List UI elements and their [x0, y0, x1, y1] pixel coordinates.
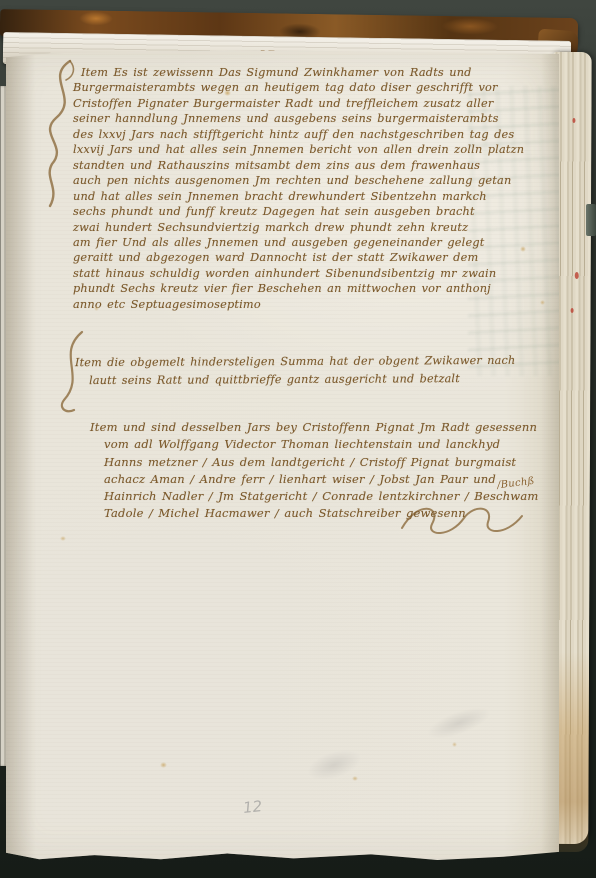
manuscript-line: Hanns metzner / Aus dem landtgericht / C…: [104, 454, 539, 471]
manuscript-line: zwai hundert Sechsundviertzig markch dre…: [73, 220, 524, 235]
manuscript-line: geraitt und abgezogen ward Dannocht ist …: [73, 250, 524, 265]
page-number-pencil: 12: [242, 797, 263, 817]
manuscript-line: des lxxvj Jars nach stifftgericht hintz …: [73, 127, 524, 142]
manuscript-line: achacz Aman / Andre ferr / lienhart wise…: [104, 471, 539, 488]
red-edge-speck: [575, 272, 579, 279]
manuscript-line: standten und Rathauszins mitsambt dem zi…: [73, 158, 524, 173]
fox-spot: [352, 776, 358, 781]
manuscript-line: und hat alles sein Jnnemen bracht drewhu…: [73, 189, 524, 204]
manuscript-line: phundt Sechs kreutz vier fier Beschehen …: [73, 281, 524, 296]
fox-spot: [160, 762, 167, 768]
fox-spot: [224, 90, 231, 96]
manuscript-line: auch pen nichts ausgenomen Jm rechten un…: [73, 173, 524, 188]
manuscript-line: Hainrich Nadler / Jm Statgericht / Conra…: [104, 488, 539, 505]
manuscript-line: statt hinaus schuldig worden ainhundert …: [73, 266, 524, 281]
red-edge-speck: [572, 118, 575, 123]
manuscript-line: anno etc Septuagesimoseptimo: [73, 297, 524, 312]
manuscript-line: Burgermaisterambts wegen an heutigem tag…: [73, 80, 524, 95]
manuscript-line: Item Es ist zewissenn Das Sigmund Zwinkh…: [81, 65, 524, 80]
fox-spot: [94, 306, 99, 311]
paragraph-1: Item Es ist zewissenn Das Sigmund Zwinkh…: [73, 65, 524, 312]
manuscript-line: Item die obgemelt hindersteligen Summa h…: [75, 352, 516, 372]
fox-spot: [60, 536, 66, 541]
pencil-smudge: [424, 701, 494, 744]
manuscript-line: lxxvij Jars und hat alles sein Jnnemen b…: [73, 142, 524, 157]
manuscript-line: vom adl Wolffgang Vidector Thoman liecht…: [104, 436, 539, 453]
paragraph-2: Item die obgemelt hindersteligen Summa h…: [75, 352, 516, 390]
red-edge-speck: [571, 308, 574, 313]
fox-spot: [452, 742, 457, 747]
manuscript-line: Tadole / Michel Hacmawer / auch Statschr…: [104, 505, 539, 522]
manuscript-line: lautt seins Ratt und quittbrieffe gantz …: [89, 370, 516, 390]
gutter-shadow: [6, 50, 36, 860]
fox-spot: [540, 300, 545, 305]
photograph-backdrop: Λ 7 Item Es ist zewissenn Das Sigmund Zw…: [0, 0, 596, 878]
fox-spot: [348, 70, 353, 75]
clasp-fragment: [586, 204, 596, 236]
manuscript-line: seiner hanndlung Jnnemens und ausgebens …: [73, 111, 524, 126]
manuscript-line: am fier Und als alles Jnnemen und ausgeb…: [73, 235, 524, 250]
manuscript-page: Λ 7 Item Es ist zewissenn Das Sigmund Zw…: [6, 50, 559, 860]
manuscript-line: sechs phundt und funff kreutz Dagegen ha…: [73, 204, 524, 219]
manuscript-line: Cristoffen Pignater Burgermaister Radt u…: [73, 96, 524, 111]
paragraph-3: Item und sind desselben Jars bey Cristof…: [90, 419, 539, 523]
manuscript-line: Item und sind desselben Jars bey Cristof…: [90, 419, 539, 436]
fox-spot: [520, 246, 526, 252]
